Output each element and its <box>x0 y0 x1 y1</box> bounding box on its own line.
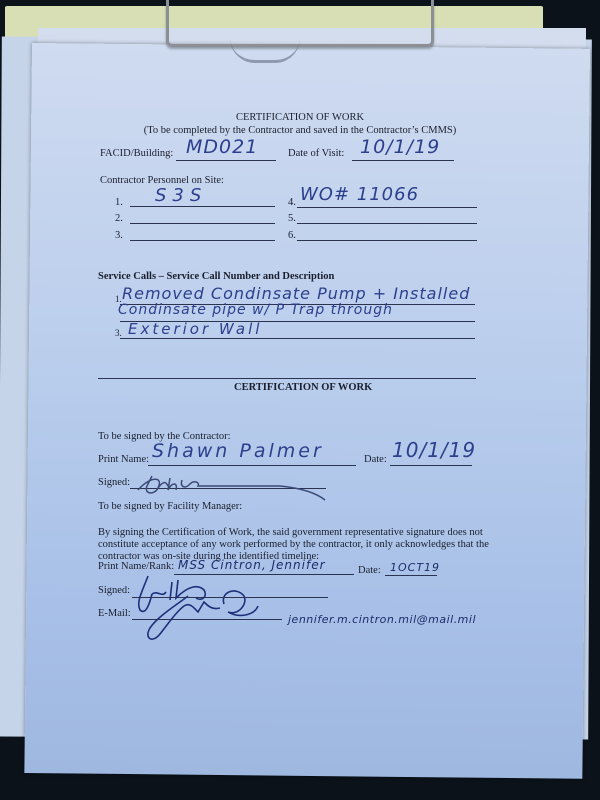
personnel-value-4[interactable]: WO# 11066 <box>300 184 419 205</box>
section2-title: CERTIFICATION OF WORK <box>234 382 372 393</box>
contractor-print-label: Print Name: <box>98 454 149 465</box>
personnel-line-3 <box>130 240 275 241</box>
personnel-num-1: 1. <box>115 197 123 208</box>
personnel-num-4: 4. <box>288 197 296 208</box>
clipboard-clip <box>166 0 434 47</box>
visit-date-label: Date of Visit: <box>288 148 344 159</box>
disclaimer-line-2: constitute acceptance of any work perfor… <box>98 539 489 550</box>
disclaimer-line-1: By signing the Certification of Work, th… <box>98 527 483 538</box>
service-call-value-3[interactable]: Exterior Wall <box>128 320 262 338</box>
personnel-num-6: 6. <box>288 230 296 241</box>
service-call-num-3: 3. <box>115 328 122 338</box>
personnel-value-1[interactable]: S3S <box>155 185 207 206</box>
personnel-line-5 <box>297 223 477 224</box>
service-call-value-2[interactable]: Condinsate pipe w/ P Trap through <box>118 302 393 318</box>
personnel-num-5: 5. <box>288 213 296 224</box>
visit-date-underline <box>352 160 454 161</box>
service-call-value-1[interactable]: Removed Condinsate Pump + Installed <box>122 284 470 303</box>
manager-date-underline <box>385 575 437 576</box>
manager-signature[interactable] <box>128 572 288 647</box>
visit-date-value[interactable]: 10/1/19 <box>360 136 440 158</box>
personnel-line-4 <box>297 207 477 208</box>
personnel-num-3: 3. <box>115 230 123 241</box>
section-divider <box>98 378 476 379</box>
personnel-line-6 <box>297 240 477 241</box>
manager-signed-label: Signed: <box>98 585 130 596</box>
personnel-line-2 <box>130 223 275 224</box>
form-title: CERTIFICATION OF WORK <box>0 112 600 123</box>
manager-date-value[interactable]: 1OCT19 <box>390 561 440 574</box>
manager-heading: To be signed by Facility Manager: <box>98 501 242 512</box>
manager-print-value[interactable]: MSS Cintron, Jennifer <box>178 558 326 572</box>
facid-underline <box>176 160 276 161</box>
email-value[interactable]: jennifer.m.cintron.mil@mail.mil <box>288 613 476 626</box>
facid-label: FACID/Building: <box>100 148 173 159</box>
facid-value[interactable]: MD021 <box>186 136 258 158</box>
form-subtitle: (To be completed by the Contractor and s… <box>0 125 600 136</box>
personnel-num-2: 2. <box>115 213 123 224</box>
contractor-date-label: Date: <box>364 454 387 465</box>
service-call-line-3 <box>120 338 475 339</box>
contractor-print-value[interactable]: Shawn Palmer <box>152 440 324 462</box>
contractor-date-underline <box>390 465 472 466</box>
manager-print-label: Print Name/Rank: <box>98 561 174 572</box>
service-calls-label: Service Calls – Service Call Number and … <box>98 271 334 282</box>
contractor-print-underline <box>148 465 356 466</box>
manager-date-label: Date: <box>358 565 381 576</box>
contractor-signed-label: Signed: <box>98 477 130 488</box>
email-label: E-Mail: <box>98 608 131 619</box>
contractor-date-value[interactable]: 10/1/19 <box>392 438 476 462</box>
personnel-line-1 <box>130 206 275 207</box>
